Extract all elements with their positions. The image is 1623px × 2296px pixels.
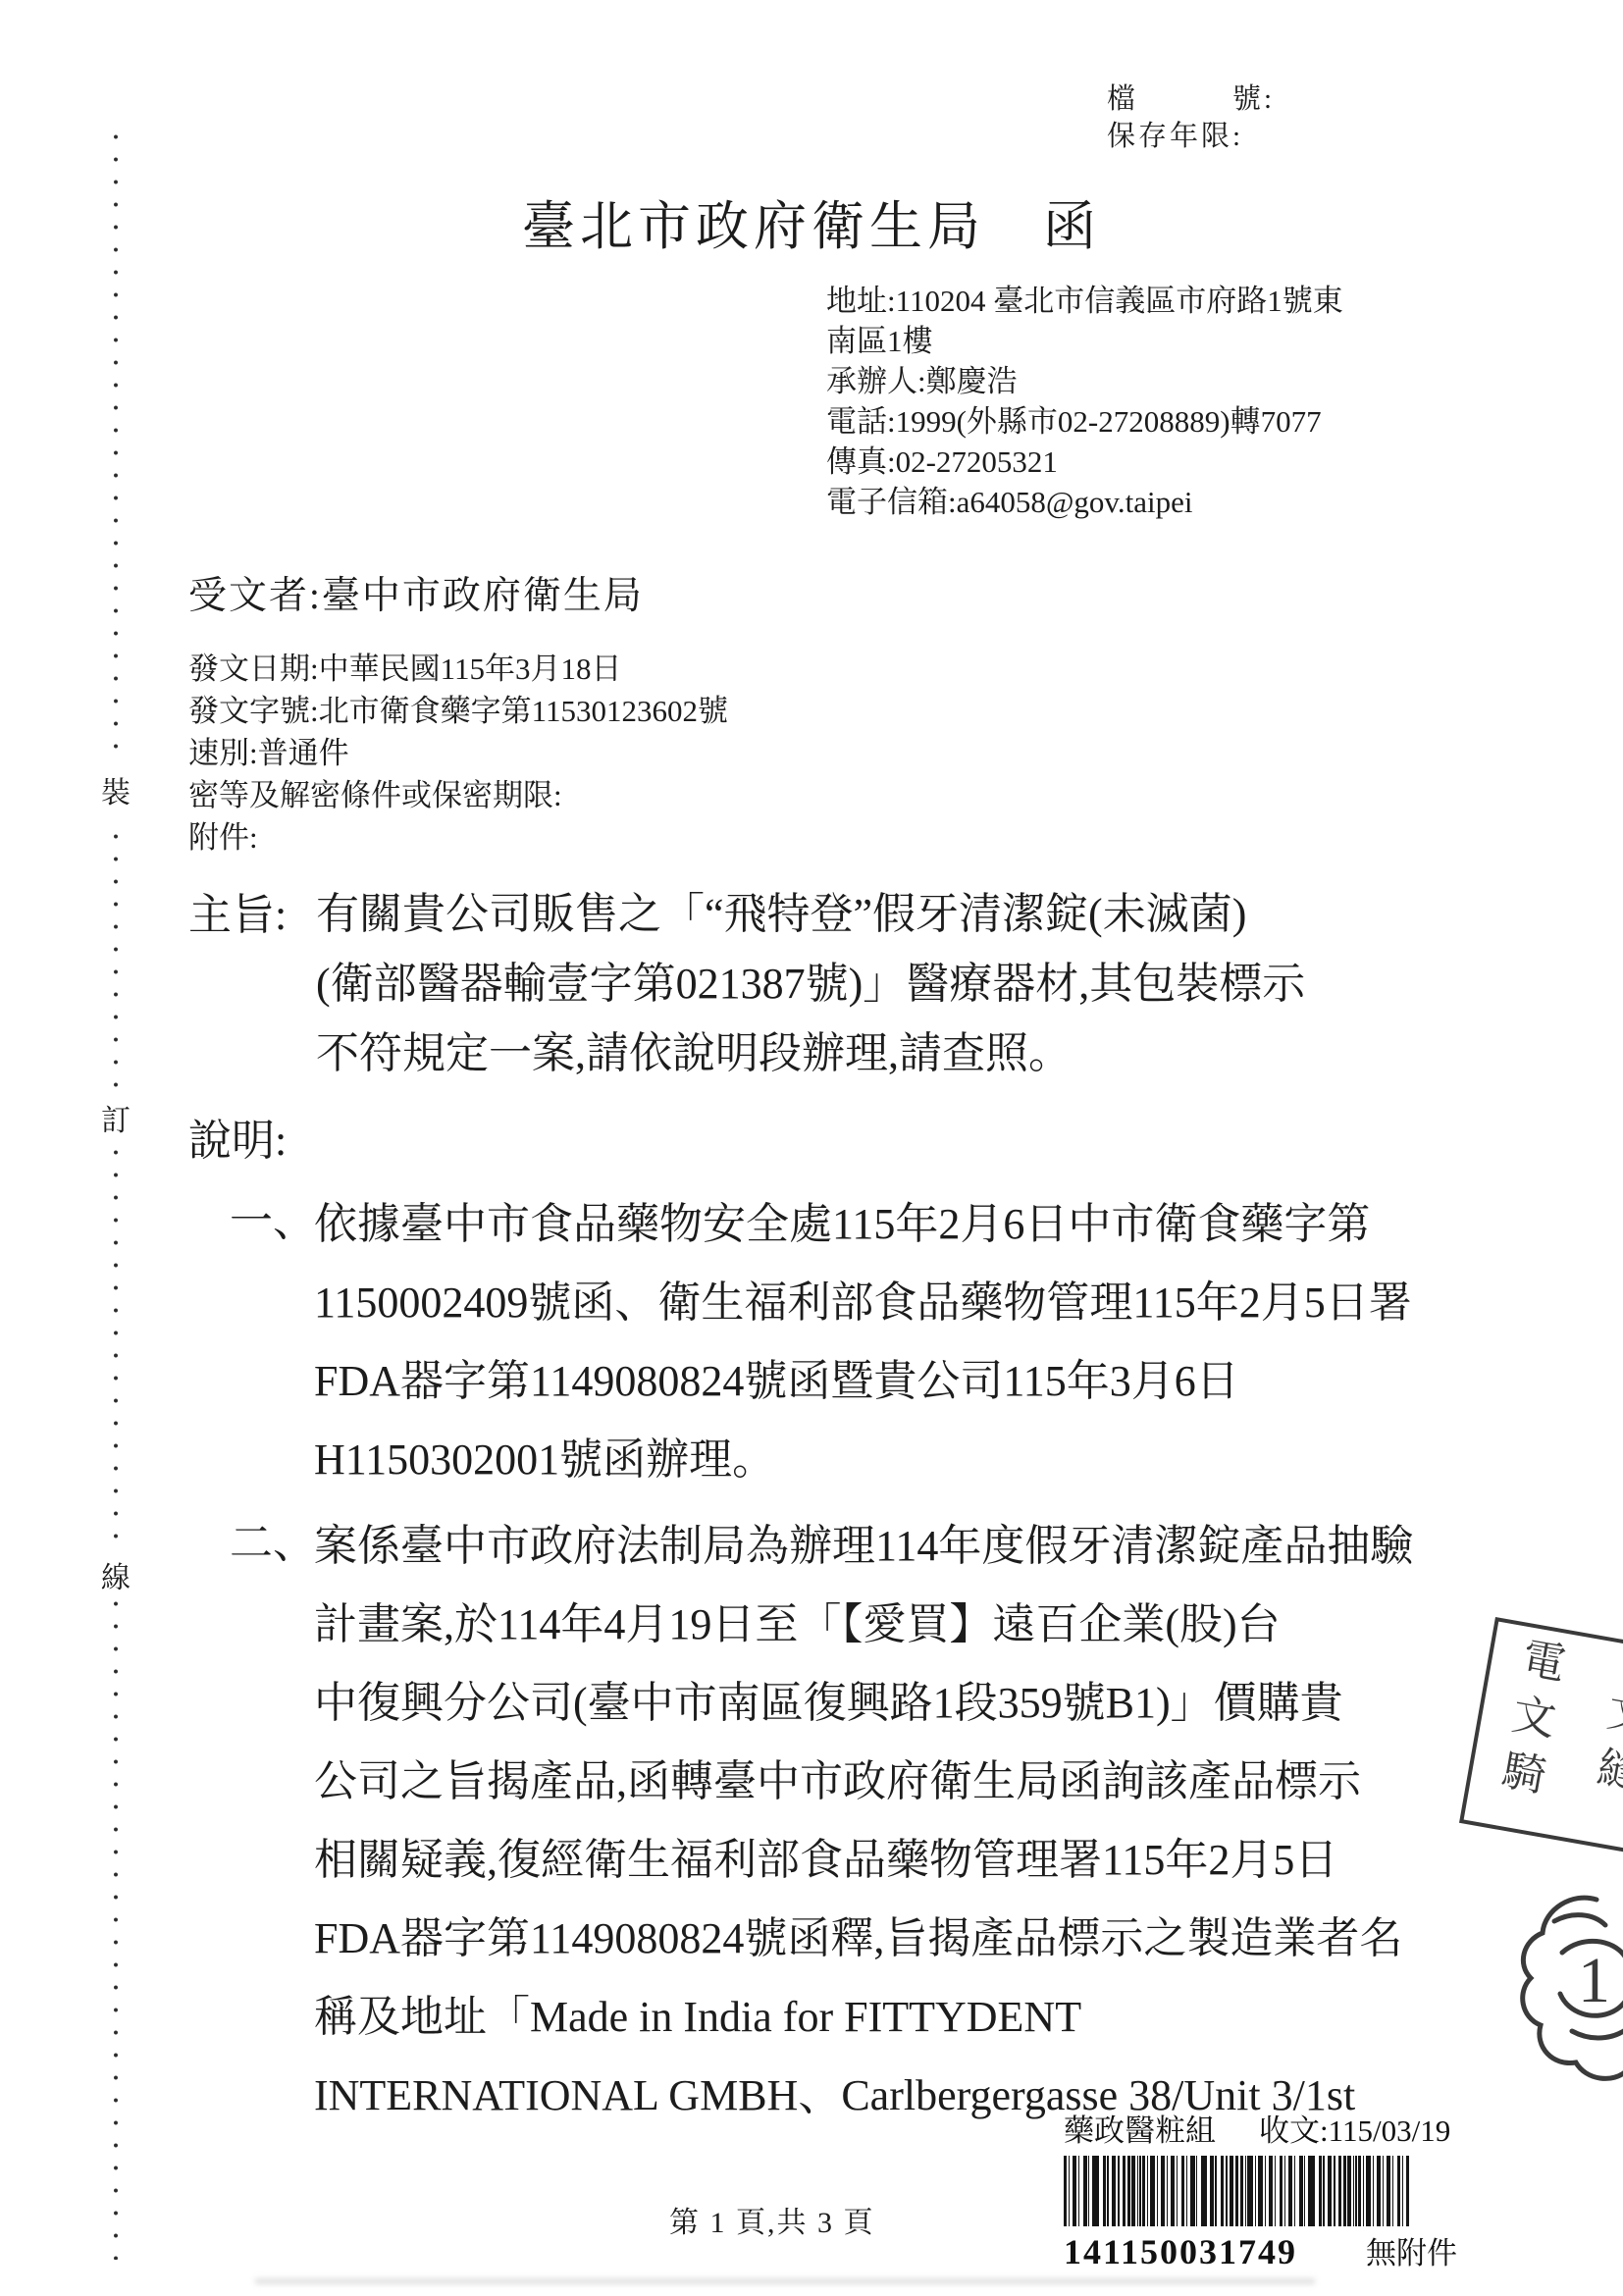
meta-line: 密等及解密條件或保密期限: [188, 774, 728, 816]
text-line: (衛部醫器輸壹字第021387號)」醫療器材,其包裝標示 [316, 949, 1464, 1018]
seal-column-left: 電文騎 [1492, 1626, 1566, 1809]
text-line: FDA器字第1149080824號函暨貴公司115年3月6日 [314, 1342, 1486, 1421]
receiving-stamp-block: 藥政醫粧組 收文:115/03/19 141150031749 無附件 [1064, 2106, 1457, 2272]
text-line: 相關疑義,復經衛生福利部食品藥物管理署115年2月5日 [314, 1821, 1486, 1900]
sender-info-block: 地址:110204 臺北市信義區市府路1號東南區1樓承辦人:鄭慶浩電話:1999… [826, 281, 1474, 522]
item-1-marker: 一、 [230, 1185, 316, 1248]
attachment-note: 無附件 [1366, 2228, 1457, 2272]
retention-label: 保存年限: [1107, 118, 1275, 155]
sender-info-line: 電子信箱:a64058@gov.taipei [826, 482, 1474, 522]
text-line: 依據臺中市食品藥物安全處115年2月6日中市衛食藥字第 [314, 1185, 1486, 1264]
document-title: 臺北市政府衛生局 函 [0, 184, 1623, 260]
scan-artifact [255, 2278, 1315, 2284]
binding-mark-zhuang: 裝 [94, 763, 137, 816]
file-number-label: 檔 號: [1107, 80, 1275, 118]
sender-info-line: 承辦人:鄭慶浩 [826, 361, 1474, 401]
item-2-lines: 案係臺中市政府法制局為辦理114年度假牙清潔錠產品抽驗計畫案,於114年4月19… [314, 1507, 1486, 2135]
text-line: 公司之旨揭產品,函轉臺中市政府衛生局函詢該產品標示 [314, 1743, 1486, 1821]
explanation-item-1: 一、 依據臺中市食品藥物安全處115年2月6日中市衛食藥字第1150002409… [230, 1185, 1486, 1499]
file-number-block: 檔 號: 保存年限: [1107, 80, 1275, 155]
explanation-label: 說明: [188, 1105, 287, 1168]
text-line: 案係臺中市政府法制局為辦理114年度假牙清潔錠產品抽驗 [314, 1507, 1486, 1586]
text-line: 有關貴公司販售之「“飛特登”假牙清潔錠(未滅菌) [316, 879, 1464, 949]
binding-dotted-line [112, 126, 120, 2260]
text-line: 不符規定一案,請依說明段辦理,請查照。 [316, 1018, 1464, 1088]
subject-label: 主旨: [188, 879, 287, 942]
meta-line: 發文字號:北市衛食藥字第11530123602號 [188, 690, 728, 732]
page-number-footer: 第 1 頁,共 3 頁 [669, 2198, 875, 2241]
text-line: H1150302001號函辦理。 [314, 1421, 1486, 1499]
seal-column-right: 文縫 [1588, 1643, 1623, 1806]
sender-info-line: 電話:1999(外縣市02-27208889)轉7077 [826, 401, 1474, 442]
subject-paragraph: 主旨: 有關貴公司販售之「“飛特登”假牙清潔錠(未滅菌)(衛部醫器輸壹字第021… [188, 879, 1464, 1088]
explanation-item-2: 二、 案係臺中市政府法制局為辦理114年度假牙清潔錠產品抽驗計畫案,於114年4… [230, 1507, 1486, 2135]
text-line: 計畫案,於114年4月19日至「【愛買】遠百企業(股)台 [314, 1586, 1486, 1664]
text-line: FDA器字第1149080824號函釋,旨揭產品標示之製造業者名 [314, 1900, 1486, 1978]
document-meta-block: 發文日期:中華民國115年3月18日發文字號:北市衛食藥字第1153012360… [188, 648, 728, 859]
item-2-marker: 二、 [230, 1507, 316, 1570]
meta-line: 發文日期:中華民國115年3月18日 [188, 648, 728, 690]
barcode-caption-row: 141150031749 無附件 [1064, 2228, 1457, 2272]
scanned-letter-page: 裝 訂 線 檔 號: 保存年限: 臺北市政府衛生局 函 地址:110204 臺北… [0, 0, 1623, 2296]
sender-info-line: 傳真:02-27205321 [826, 442, 1474, 482]
meta-line: 速別:普通件 [188, 732, 728, 774]
barcode-number: 141150031749 [1064, 2231, 1297, 2272]
receiving-unit: 藥政醫粧組 [1064, 2106, 1216, 2150]
text-line: 中復興分公司(臺中市南區復興路1段359號B1)」價購貴 [314, 1664, 1486, 1743]
sender-info-line: 地址:110204 臺北市信義區市府路1號東 [826, 281, 1474, 321]
subject-lines: 有關貴公司販售之「“飛特登”假牙清潔錠(未滅菌)(衛部醫器輸壹字第021387號… [316, 879, 1464, 1088]
recipient-line: 受文者:臺中市政府衛生局 [188, 565, 644, 620]
received-date: 收文:115/03/19 [1259, 2106, 1450, 2150]
flower-seal-stamp: 1 [1503, 1882, 1623, 2093]
receiving-stamp-header: 藥政醫粧組 收文:115/03/19 [1064, 2106, 1457, 2150]
binding-mark-ding: 訂 [94, 1091, 137, 1144]
sender-info-line: 南區1樓 [826, 321, 1474, 361]
item-1-lines: 依據臺中市食品藥物安全處115年2月6日中市衛食藥字第1150002409號函、… [314, 1185, 1486, 1499]
text-line: 稱及地址「Made in India for FITTYDENT [314, 1978, 1486, 2057]
flower-seal-number: 1 [1578, 1945, 1610, 2016]
barcode [1064, 2156, 1409, 2226]
meta-line: 附件: [188, 816, 728, 859]
text-line: 1150002409號函、衛生福利部食品藥物管理115年2月5日署 [314, 1264, 1486, 1342]
binding-mark-xian: 線 [94, 1548, 137, 1601]
flower-seal-graphic: 1 [1503, 1882, 1623, 2088]
